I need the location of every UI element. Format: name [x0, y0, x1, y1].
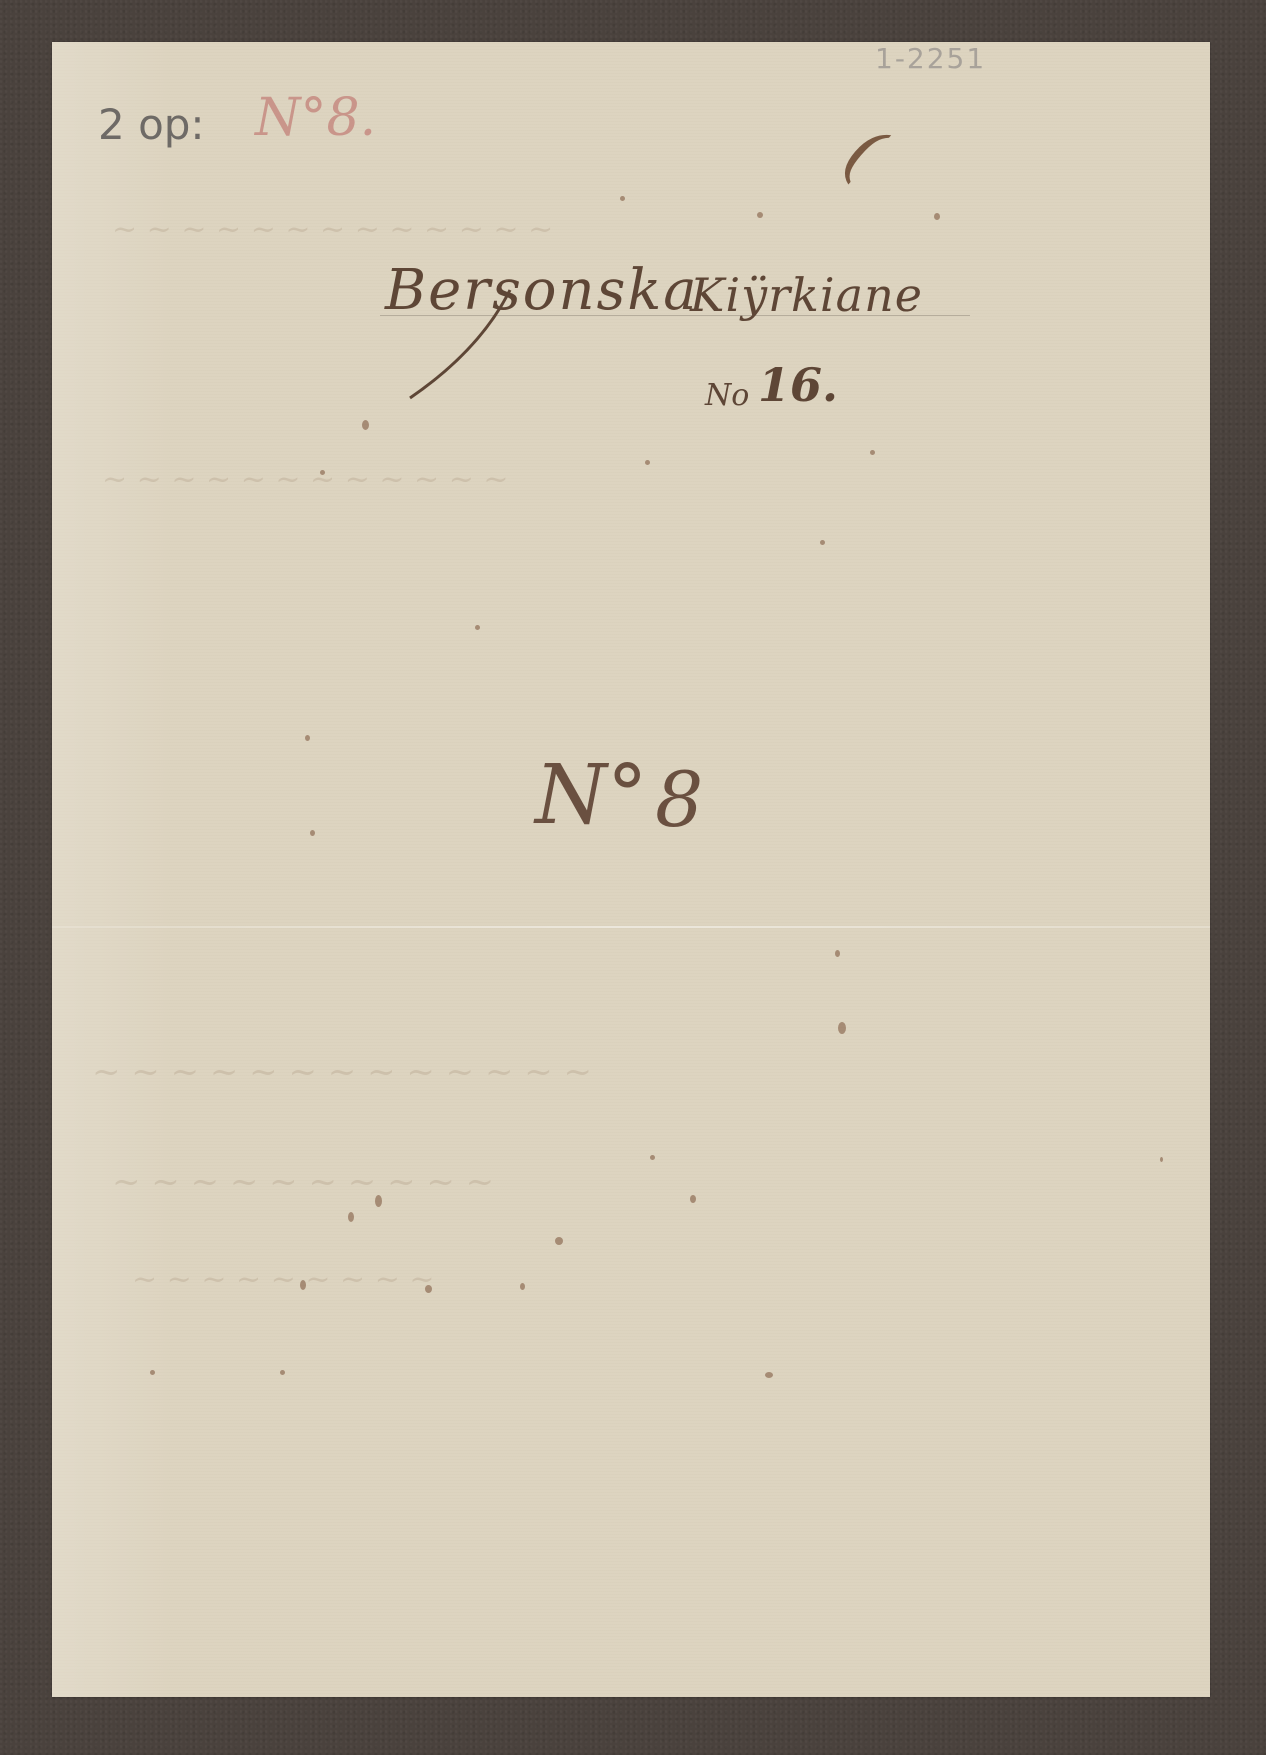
flourish-stroke [400, 280, 520, 420]
ink-spot [348, 1212, 354, 1222]
ink-spot [757, 212, 763, 218]
ink-spot [375, 1195, 382, 1207]
ink-spot [650, 1155, 655, 1160]
number-value: 16. [758, 358, 838, 412]
ink-spot [280, 1370, 285, 1375]
horizontal-fold-crease [52, 926, 1210, 928]
ink-spot [425, 1285, 432, 1293]
bleed-through-text: ~ ~ ~ ~ ~ ~ ~ ~ ~ [132, 1262, 435, 1297]
bleed-through-text: ~ ~ ~ ~ ~ ~ ~ ~ ~ ~ [112, 1162, 494, 1202]
ink-spot [1160, 1157, 1163, 1162]
number-label: No [705, 378, 749, 413]
ink-spot [690, 1195, 696, 1203]
center-mark-label: N° [535, 748, 648, 843]
title-word-kiyrkiane: Kiÿrkiane [690, 268, 923, 322]
ink-spot [820, 540, 825, 545]
ink-spot [835, 950, 840, 957]
bleed-through-text: ~ ~ ~ ~ ~ ~ ~ ~ ~ ~ ~ ~ [102, 462, 509, 497]
archive-number-annotation: 1-2251 [875, 42, 986, 75]
ink-spot [555, 1237, 563, 1245]
ink-spot [300, 1280, 306, 1290]
ink-spot [765, 1372, 773, 1378]
ink-spot [150, 1370, 155, 1375]
ink-spot [870, 450, 875, 455]
ink-spot [838, 1022, 846, 1034]
ink-spot [620, 196, 625, 201]
bleed-through-text: ~ ~ ~ ~ ~ ~ ~ ~ ~ ~ ~ ~ ~ [92, 1052, 592, 1092]
ink-spot [305, 735, 310, 741]
ink-spot [934, 213, 940, 220]
red-annotation-number: N°8. [255, 88, 376, 148]
ink-spot [475, 625, 480, 630]
ink-spot [362, 420, 369, 430]
bleed-through-text: ~ ~ ~ ~ ~ ~ ~ ~ ~ ~ ~ ~ ~ [112, 212, 553, 247]
pencil-annotation-op: 2 op: [98, 100, 205, 149]
ink-spot [520, 1283, 525, 1290]
ink-spot [645, 460, 650, 465]
ink-spot [320, 470, 325, 475]
center-mark-value: 8 [655, 755, 703, 844]
ink-spot [310, 830, 315, 836]
